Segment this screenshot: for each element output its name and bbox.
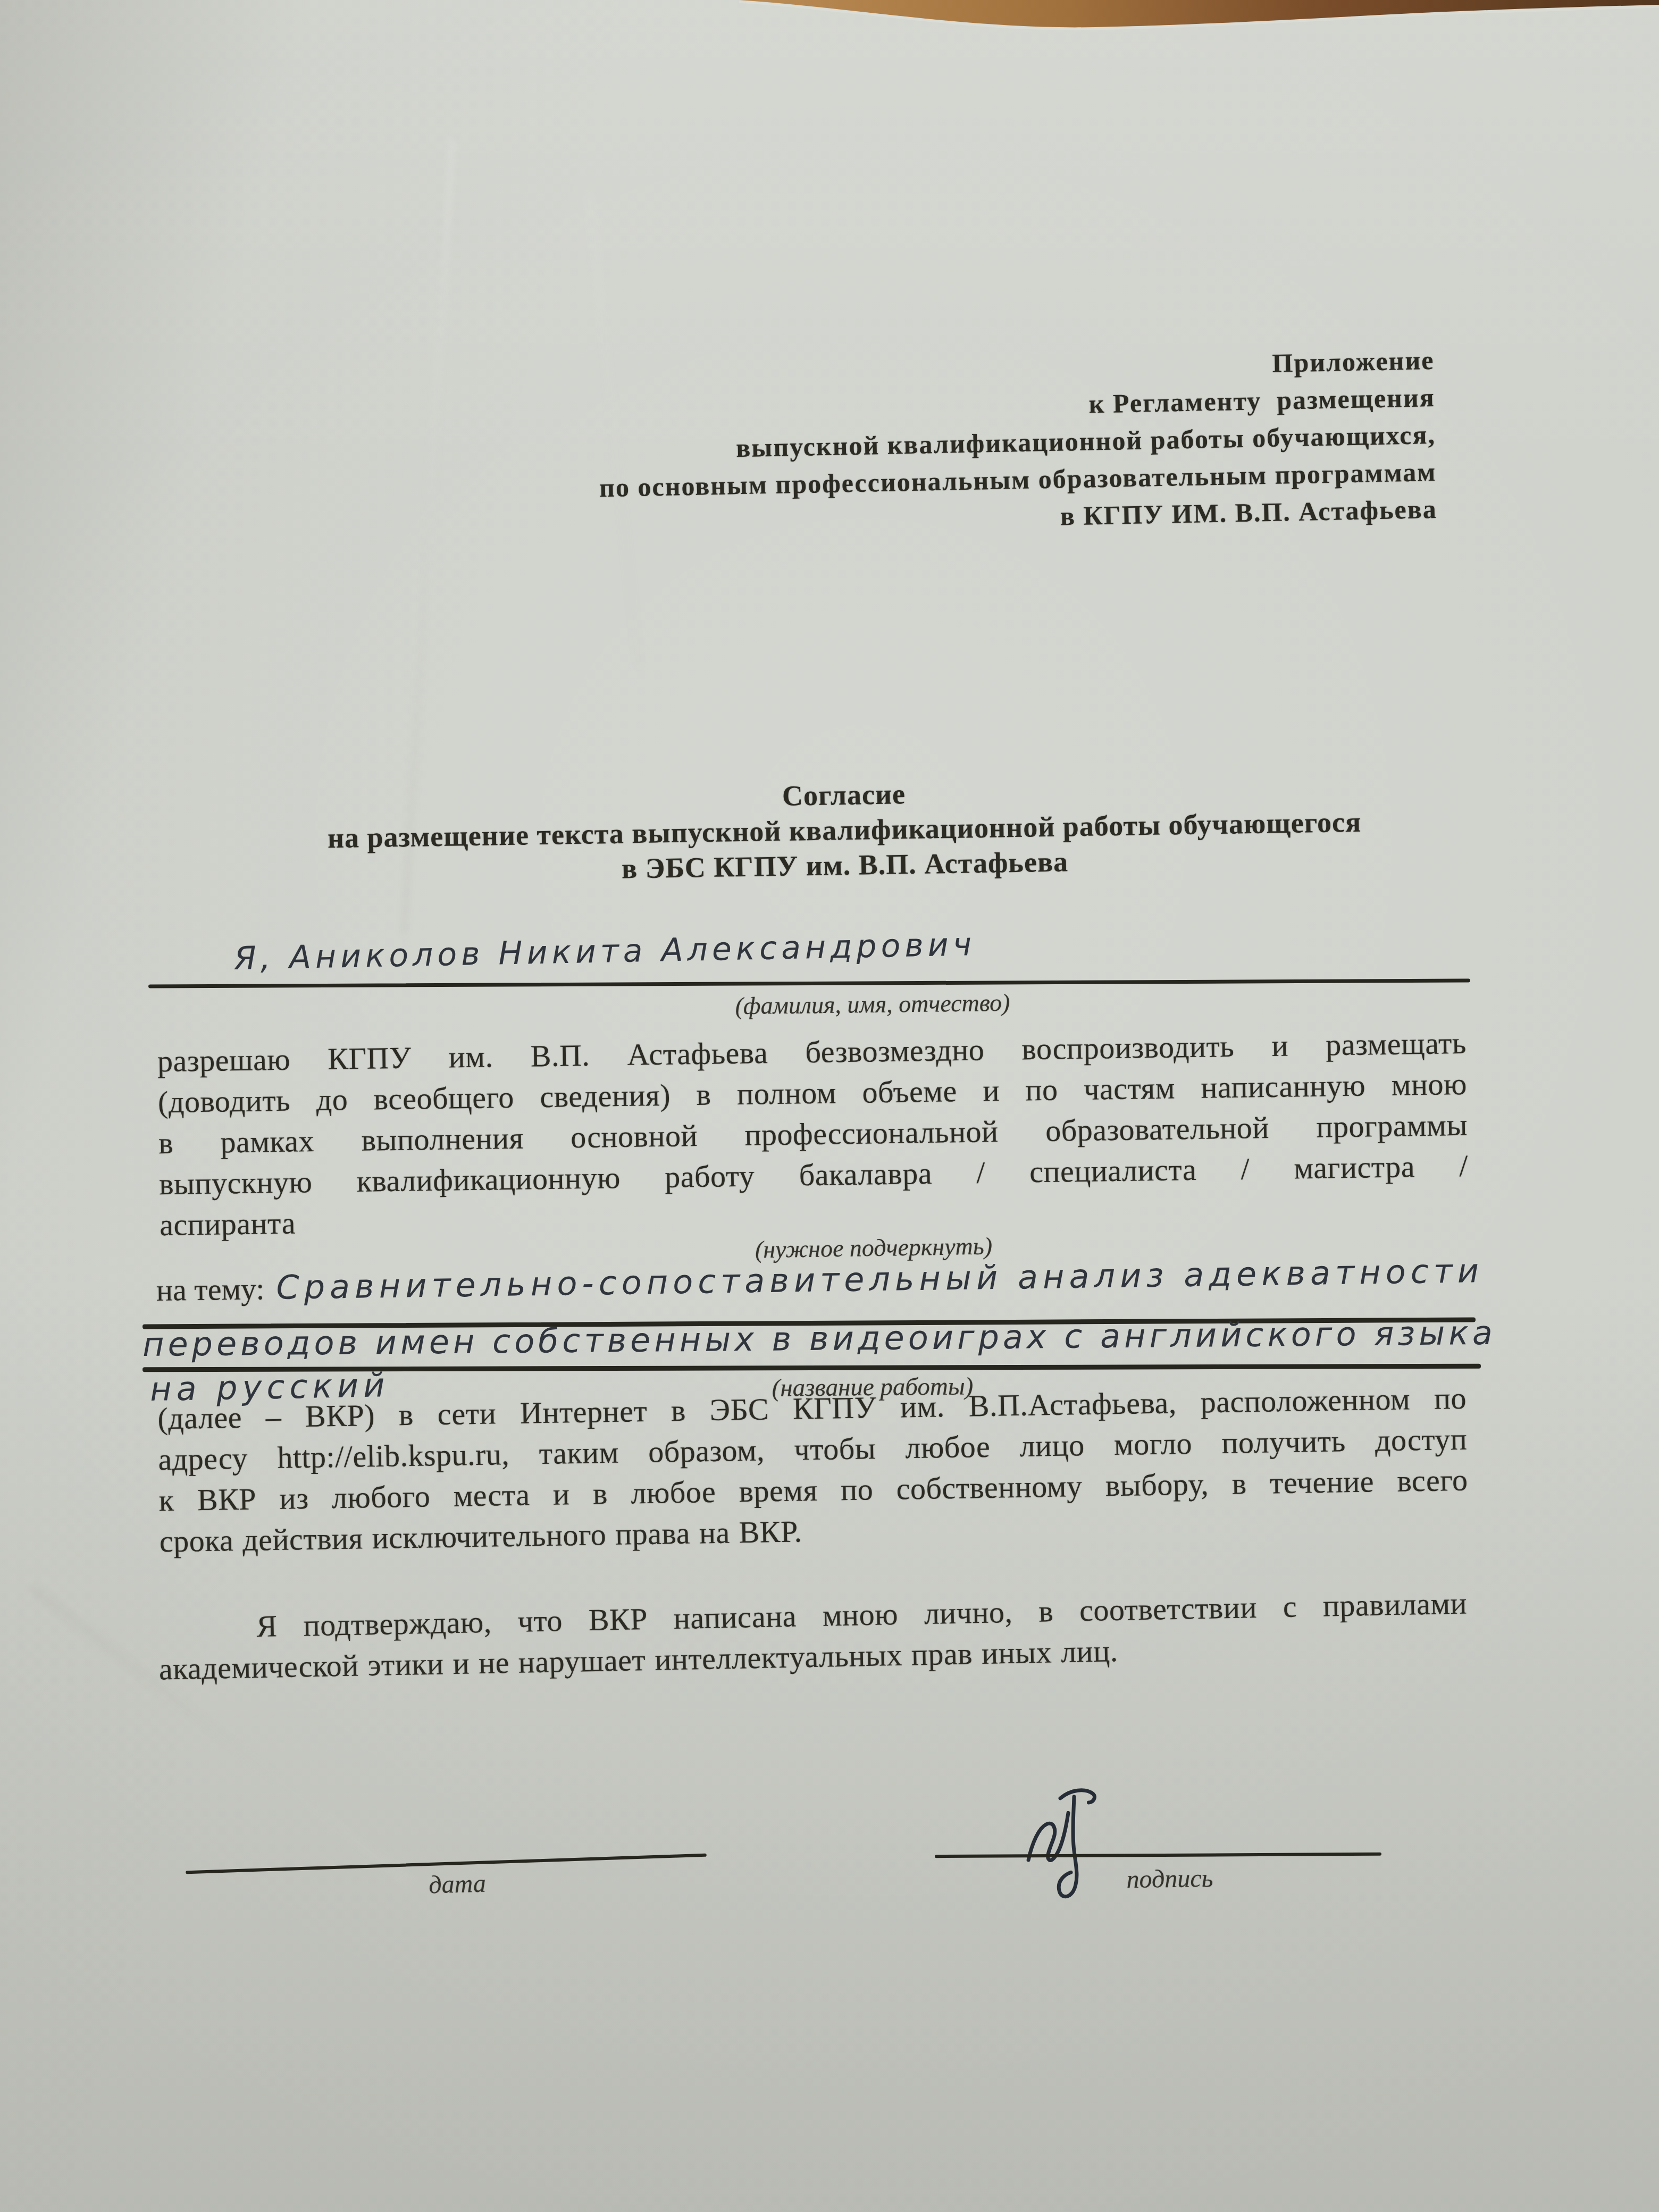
vkr-paragraph: (далее – ВКР) в сети Интернет в ЭБС КГПУ… — [157, 1378, 1469, 1562]
topic-label: на тему: — [156, 1271, 265, 1308]
signature-line — [935, 1853, 1381, 1858]
topic-handwritten-line2: переводов имен собственных в видеоиграх … — [143, 1313, 1496, 1364]
document-photo: Приложение к Регламенту размещения выпус… — [0, 0, 1659, 2212]
header-block: Приложение к Регламенту размещения выпус… — [317, 341, 1437, 549]
signature-label: подпись — [1037, 1863, 1303, 1896]
fio-caption: (фамилия, имя, отчество) — [218, 982, 1527, 1026]
permission-paragraph: разрешаю КГПУ им. В.П. Астафьева безвозм… — [157, 1023, 1469, 1245]
signature-stroke — [1060, 1790, 1095, 1804]
consent-form: Приложение к Регламенту размещения выпус… — [0, 0, 1659, 2212]
date-label: дата — [324, 1866, 590, 1903]
student-name-handwritten: Я, Аниколов Никита Александрович — [233, 926, 976, 977]
document-title: Согласие на размещение текста выпускной … — [186, 767, 1504, 893]
confirmation-paragraph: Я подтверждаю, что ВКР написана мною лич… — [158, 1582, 1469, 1689]
